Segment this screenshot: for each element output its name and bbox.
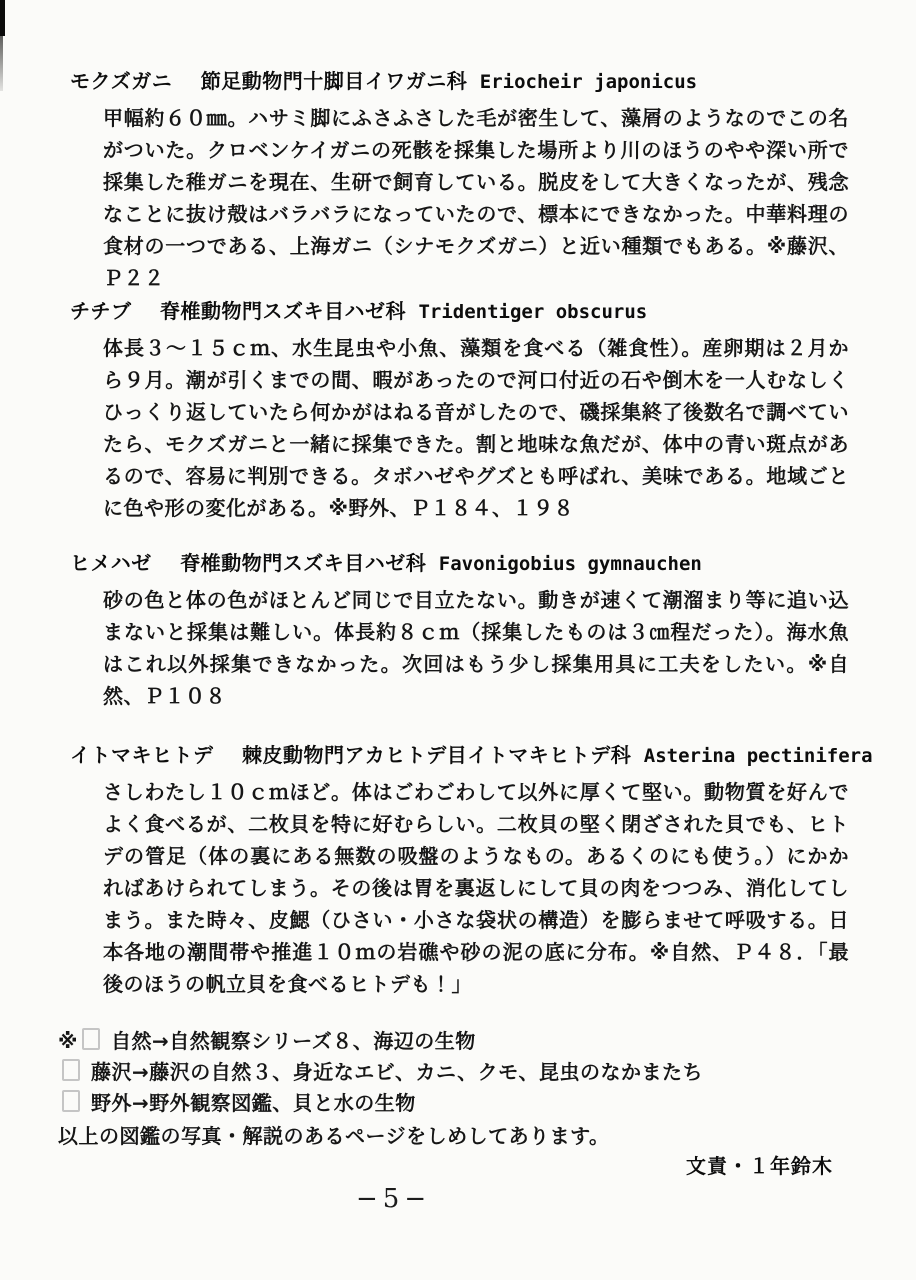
species-heading: モクズガニ 節足動物門十脚目イワガニ科 Eriocheir japonicus <box>70 66 916 97</box>
ghost-box-icon <box>82 1028 100 1050</box>
species-description: 砂の色と体の色がほとんど同じで目立たない。動きが速くて潮溜まり等に追い込まないと… <box>103 584 849 712</box>
species-description: 体長３～１５ｃｍ、水生昆虫や小魚、藻類を食べる（雑食性）。産卵期は２月から９月。… <box>103 332 849 524</box>
page-number: −5− <box>356 1184 431 1214</box>
section-mokuzugani: モクズガニ 節足動物門十脚目イワガニ科 Eriocheir japonicus … <box>0 66 916 294</box>
section-himehaze: ヒメハゼ 脊椎動物門スズキ目ハゼ科 Favonigobius gymnauche… <box>0 548 916 712</box>
species-description: さしわたし１０ｃｍほど。体はごわごわして以外に厚くて堅い。動物質を好んでよく食べ… <box>103 776 849 1000</box>
legend-line-fujisawa: 藤沢→藤沢の自然３、身近なエビ、カニ、クモ、昆虫のなかまたち <box>58 1057 878 1088</box>
scanned-page: モクズガニ 節足動物門十脚目イワガニ科 Eriocheir japonicus … <box>0 0 916 1280</box>
scan-edge-artifact <box>0 0 5 36</box>
species-name: ヒメハゼ <box>70 551 152 575</box>
ghost-box-icon <box>62 1090 80 1112</box>
section-itomakihitode: イトマキヒトデ 棘皮動物門アカヒトデ目イトマキヒトデ科 Asterina pec… <box>0 740 916 1000</box>
species-heading: チチブ 脊椎動物門スズキ目ハゼ科 Tridentiger obscurus <box>70 296 916 327</box>
legend-line-shizen: ※自然→自然観察シリーズ８、海辺の生物 <box>58 1026 878 1057</box>
species-name: イトマキヒトデ <box>70 743 214 767</box>
species-latin-name: Favonigobius gymnauchen <box>439 553 702 575</box>
species-taxonomy: 棘皮動物門アカヒトデ目イトマキヒトデ科 <box>242 743 631 767</box>
species-heading: イトマキヒトデ 棘皮動物門アカヒトデ目イトマキヒトデ科 Asterina pec… <box>70 740 916 771</box>
author-credit: 文責・１年鈴木 <box>686 1150 833 1179</box>
legend-closing-note: 以上の図鑑の写真・解説のあるページをしめしてあります。 <box>58 1121 878 1152</box>
species-latin-name: Eriocheir japonicus <box>480 71 697 93</box>
legend-text: 野外→野外観察図鑑、貝と水の生物 <box>91 1091 416 1115</box>
legend-block: ※自然→自然観察シリーズ８、海辺の生物 藤沢→藤沢の自然３、身近なエビ、カニ、ク… <box>58 1026 878 1152</box>
species-taxonomy: 脊椎動物門スズキ目ハゼ科 <box>160 299 406 323</box>
legend-line-yagai: 野外→野外観察図鑑、貝と水の生物 <box>58 1088 878 1119</box>
species-taxonomy: 脊椎動物門スズキ目ハゼ科 <box>180 551 426 575</box>
section-chichibu: チチブ 脊椎動物門スズキ目ハゼ科 Tridentiger obscurus 体長… <box>0 296 916 524</box>
species-taxonomy: 節足動物門十脚目イワガニ科 <box>201 69 468 93</box>
species-latin-name: Tridentiger obscurus <box>418 301 647 323</box>
species-latin-name: Asterina pectinifera <box>644 745 873 767</box>
species-heading: ヒメハゼ 脊椎動物門スズキ目ハゼ科 Favonigobius gymnauche… <box>70 548 916 579</box>
ghost-box-icon <box>62 1059 80 1081</box>
reference-marker: ※ <box>58 1029 78 1053</box>
species-name: モクズガニ <box>70 69 172 93</box>
species-description: 甲幅約６０㎜。ハサミ脚にふさふさした毛が密生して、藻屑のようなのでこの名がついた… <box>103 102 849 294</box>
legend-text: 藤沢→藤沢の自然３、身近なエビ、カニ、クモ、昆虫のなかまたち <box>91 1060 703 1084</box>
species-name: チチブ <box>70 299 132 323</box>
legend-text: 自然→自然観察シリーズ８、海辺の生物 <box>111 1029 476 1053</box>
